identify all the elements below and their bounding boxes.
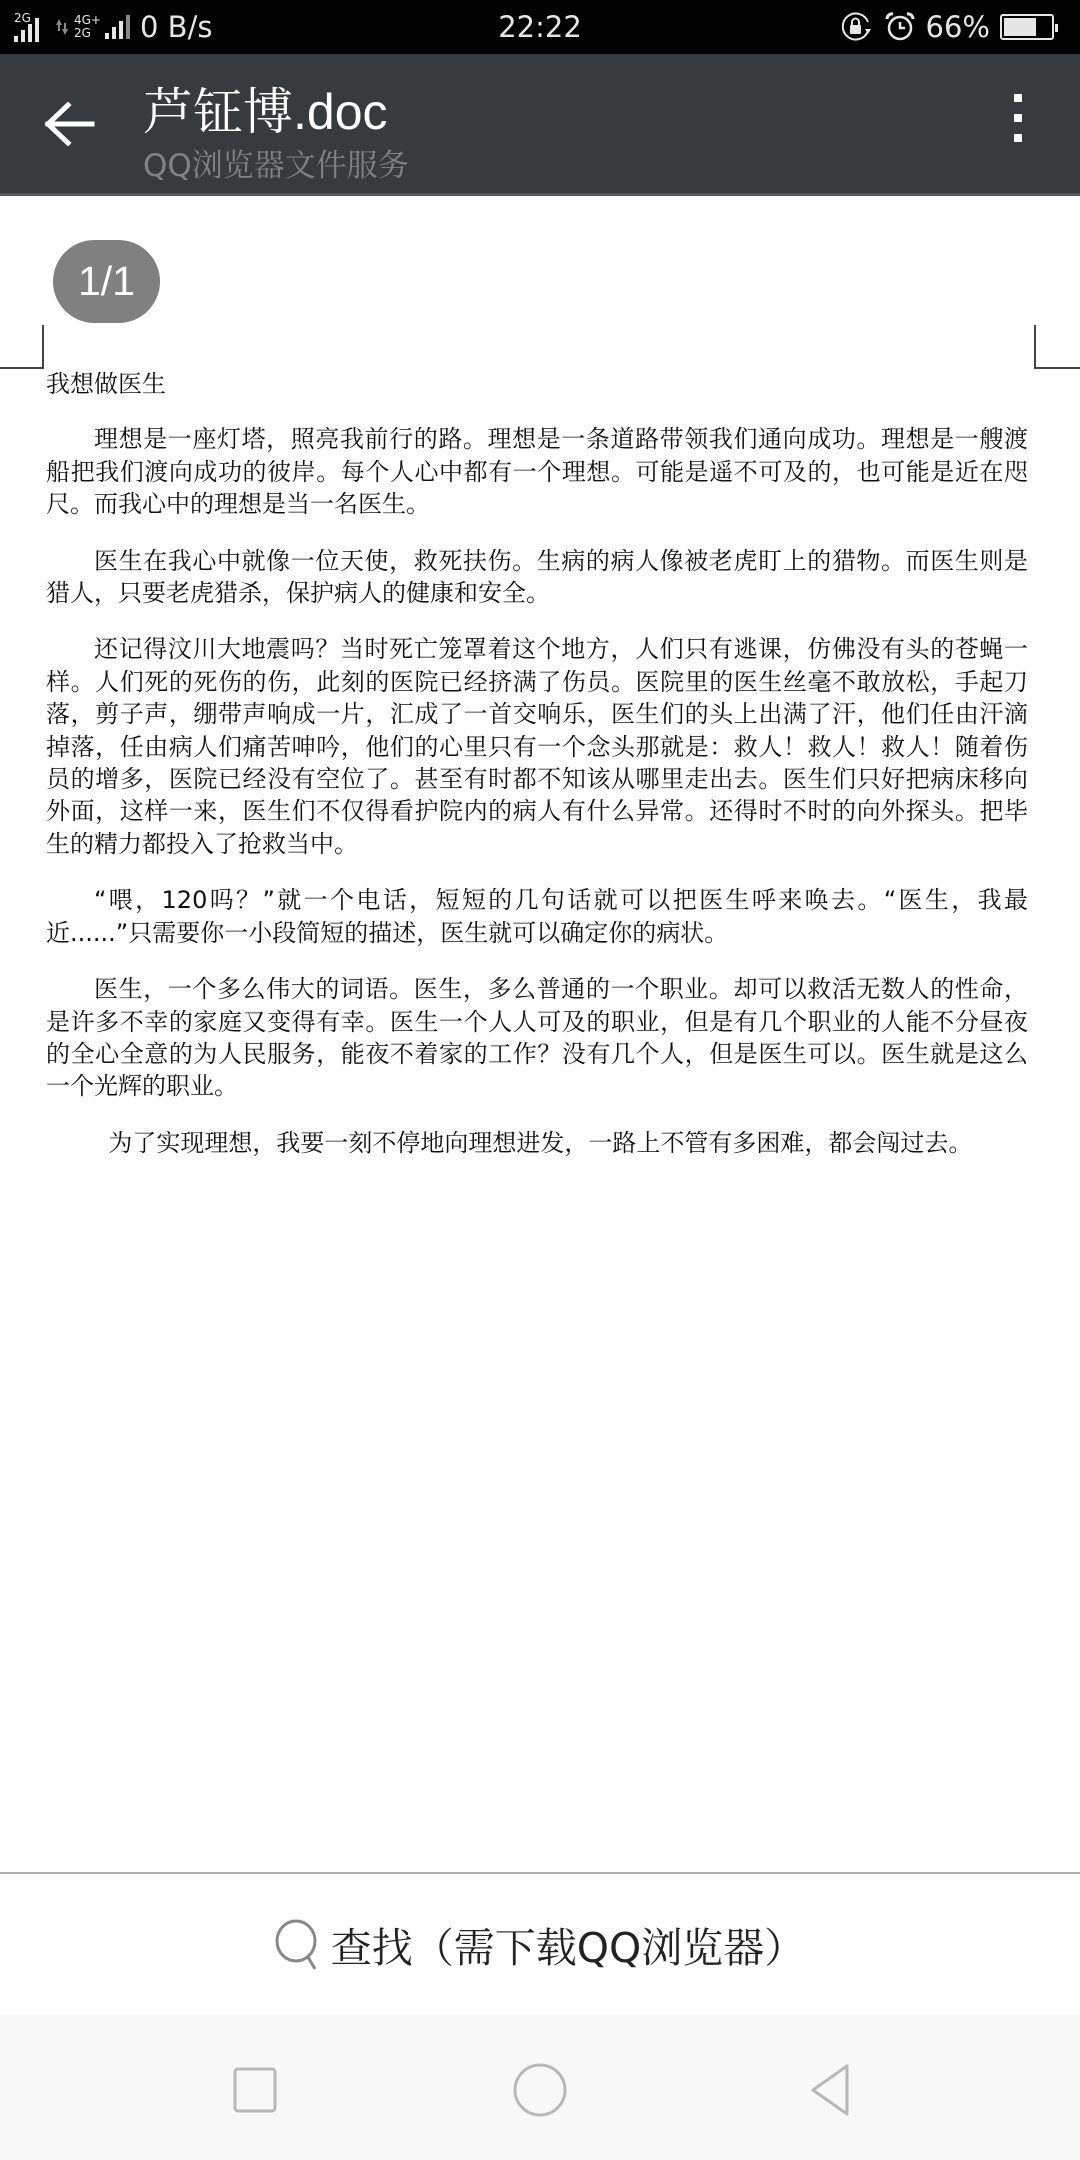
- find-label: 查找（需下载QQ浏览器）: [331, 1915, 806, 1974]
- document-viewer[interactable]: 1/1 我想做医生 理想是一座灯塔，照亮我前行的路。理想是一条道路带领我们通向成…: [0, 196, 1080, 1873]
- app-bar: 芦钲博.doc QQ浏览器文件服务: [0, 54, 1080, 196]
- document-heading: 我想做医生: [46, 368, 1028, 400]
- paragraph: 医生在我心中就像一位天使，救死扶伤。生病的病人像被老虎盯上的猎物。而医生则是猎人…: [46, 545, 1028, 610]
- more-menu-button[interactable]: [1008, 94, 1028, 154]
- home-button[interactable]: [505, 2055, 575, 2125]
- back-triangle-icon: [805, 2062, 855, 2118]
- battery-percent: 66%: [926, 10, 990, 44]
- arrow-left-icon: [44, 102, 96, 146]
- home-circle-icon: [512, 2062, 568, 2118]
- battery-icon: [1000, 14, 1054, 40]
- page-corner-mark-left: [0, 325, 44, 369]
- alarm-icon: [884, 11, 916, 43]
- status-bar: 2G 4G+ 2G 0 B/s 22:22: [0, 0, 1080, 54]
- paragraph: 为了实现理想，我要一刻不停地向理想进发，一路上不管有多困难，都会闯过去。: [46, 1127, 1028, 1159]
- status-right-group: 66%: [838, 0, 1054, 54]
- search-icon: [275, 1919, 321, 1971]
- paragraph: “喂，120吗？”就一个电话，短短的几句话就可以把医生呼来唤去。“医生，我最近.…: [46, 884, 1028, 949]
- rotation-lock-icon: [838, 9, 874, 45]
- page-corner-mark-right: [1034, 325, 1080, 369]
- back-nav-button[interactable]: [795, 2055, 865, 2125]
- paragraph: 还记得汶川大地震吗？当时死亡笼罩着这个地方，人们只有逃课，仿佛没有头的苍蝇一样。…: [46, 633, 1028, 860]
- recents-button[interactable]: [220, 2055, 290, 2125]
- paragraph: 理想是一座灯塔，照亮我前行的路。理想是一条道路带领我们通向成功。理想是一艘渡船把…: [46, 423, 1028, 520]
- back-button[interactable]: [40, 94, 100, 154]
- system-nav-bar: [0, 2015, 1080, 2160]
- document-title: 芦钲博.doc: [143, 72, 388, 144]
- document-content: 我想做医生 理想是一座灯塔，照亮我前行的路。理想是一条道路带领我们通向成功。理想…: [46, 368, 1028, 1183]
- recents-square-icon: [232, 2066, 278, 2114]
- find-button[interactable]: 查找（需下载QQ浏览器）: [0, 1872, 1080, 2015]
- app-subtitle: QQ浏览器文件服务: [143, 140, 409, 185]
- paragraph: 医生，一个多么伟大的词语。医生，多么普通的一个职业。却可以救活无数人的性命，是许…: [46, 973, 1028, 1103]
- page-indicator: 1/1: [53, 240, 160, 323]
